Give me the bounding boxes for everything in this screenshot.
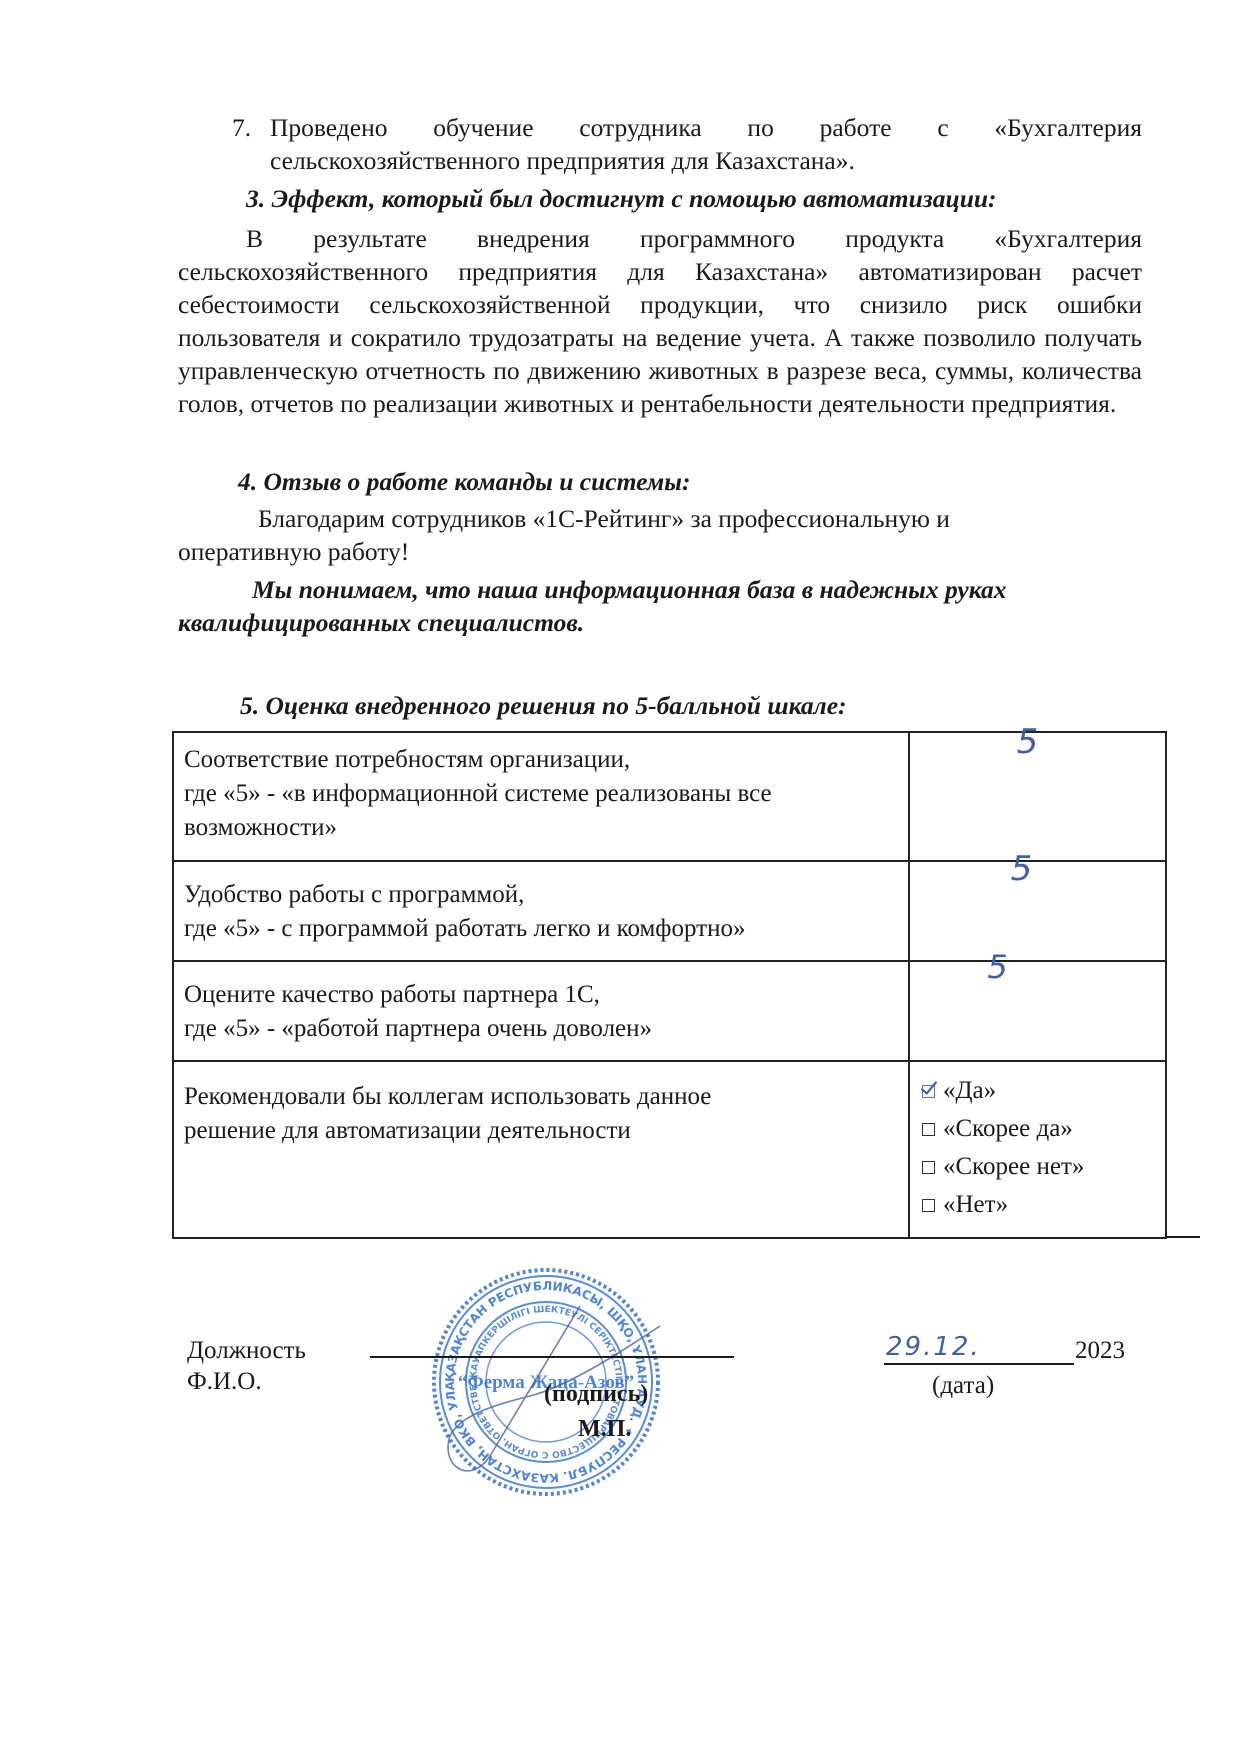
checkbox-empty-icon[interactable]	[922, 1199, 935, 1212]
criterion-title: Удобство работы с программой,	[184, 878, 898, 912]
date-handwritten: 29.12.	[886, 1332, 981, 1362]
table-row: Удобство работы с программой, где «5» - …	[173, 861, 1166, 961]
list-item-7-line2: сельскохозяйственного предприятия для Ка…	[270, 144, 1142, 177]
criterion-title: Соответствие потребностям организации,	[184, 743, 898, 777]
option-net[interactable]: «Нет»	[922, 1186, 1155, 1224]
option-label: «Скорее да»	[943, 1110, 1073, 1148]
stamp-caption: М.П.	[578, 1413, 631, 1446]
criterion-description: где «5» - «в информационной системе реал…	[184, 777, 898, 845]
table-row: Оцените качество работы партнера 1С, где…	[173, 961, 1166, 1061]
score-value: 5	[987, 948, 1007, 986]
recommend-question: Рекомендовали бы коллегам использовать д…	[184, 1080, 804, 1148]
date-line[interactable]	[884, 1363, 1074, 1365]
score-cell[interactable]: 5	[909, 961, 1166, 1061]
criterion-title: Оцените качество работы партнера 1С,	[184, 978, 898, 1012]
score-cell[interactable]: 5	[909, 861, 1166, 961]
option-label: «Скорее нет»	[943, 1148, 1084, 1186]
name-label: Ф.И.О.	[187, 1365, 262, 1398]
signature-caption: (подпись)	[544, 1378, 648, 1411]
list-item-7-line1: Проведено обучение сотрудника по работе …	[270, 111, 1142, 144]
table-row: Рекомендовали бы коллегам использовать д…	[173, 1061, 1166, 1238]
option-da[interactable]: «Да»	[922, 1072, 1155, 1110]
list-number-7: 7.	[232, 111, 251, 144]
section-4-heading: 4. Отзыв о работе команды и системы:	[238, 465, 690, 498]
checkbox-checked-icon[interactable]	[922, 1085, 935, 1098]
option-label: «Да»	[943, 1072, 996, 1110]
criterion-description: где «5» - с программой работать легко и …	[184, 912, 898, 946]
checkbox-empty-icon[interactable]	[922, 1161, 935, 1174]
recommend-options-cell: «Да» «Скорее да» «Скорее нет» «Нет»	[909, 1061, 1166, 1238]
score-value: 5	[1011, 849, 1033, 889]
section-3-heading: 3. Эффект, который был достигнут с помощ…	[246, 182, 997, 215]
thanks-paragraph: Благодарим сотрудников «1С-Рейтинг» за п…	[178, 502, 1078, 568]
signature-line[interactable]	[370, 1356, 734, 1358]
rating-table: Соответствие потребностям организации, г…	[172, 731, 1167, 1239]
section-5-heading: 5. Оценка внедренного решения по 5-балль…	[240, 689, 847, 722]
criterion-cell: Оцените качество работы партнера 1С, где…	[173, 961, 909, 1061]
option-label: «Нет»	[943, 1186, 1008, 1224]
section-3-paragraph: В результате внедрения программного прод…	[178, 222, 1142, 420]
position-label: Должность	[187, 1334, 306, 1367]
date-caption: (дата)	[932, 1369, 994, 1402]
score-value: 5	[1017, 722, 1039, 762]
recommend-question-cell: Рекомендовали бы коллегам использовать д…	[173, 1061, 909, 1238]
checkbox-empty-icon[interactable]	[922, 1123, 935, 1136]
criterion-cell: Удобство работы с программой, где «5» - …	[173, 861, 909, 961]
option-skoree-net[interactable]: «Скорее нет»	[922, 1148, 1155, 1186]
table-bottom-extension	[1166, 1236, 1200, 1238]
score-cell[interactable]: 5	[909, 732, 1166, 861]
criterion-description: где «5» - «работой партнера очень доволе…	[184, 1012, 898, 1046]
table-row: Соответствие потребностям организации, г…	[173, 732, 1166, 861]
date-year: 2023	[1075, 1334, 1125, 1367]
option-skoree-da[interactable]: «Скорее да»	[922, 1110, 1155, 1148]
criterion-cell: Соответствие потребностям организации, г…	[173, 732, 909, 861]
emphasis-paragraph: Мы понимаем, что наша информационная баз…	[178, 573, 1138, 639]
